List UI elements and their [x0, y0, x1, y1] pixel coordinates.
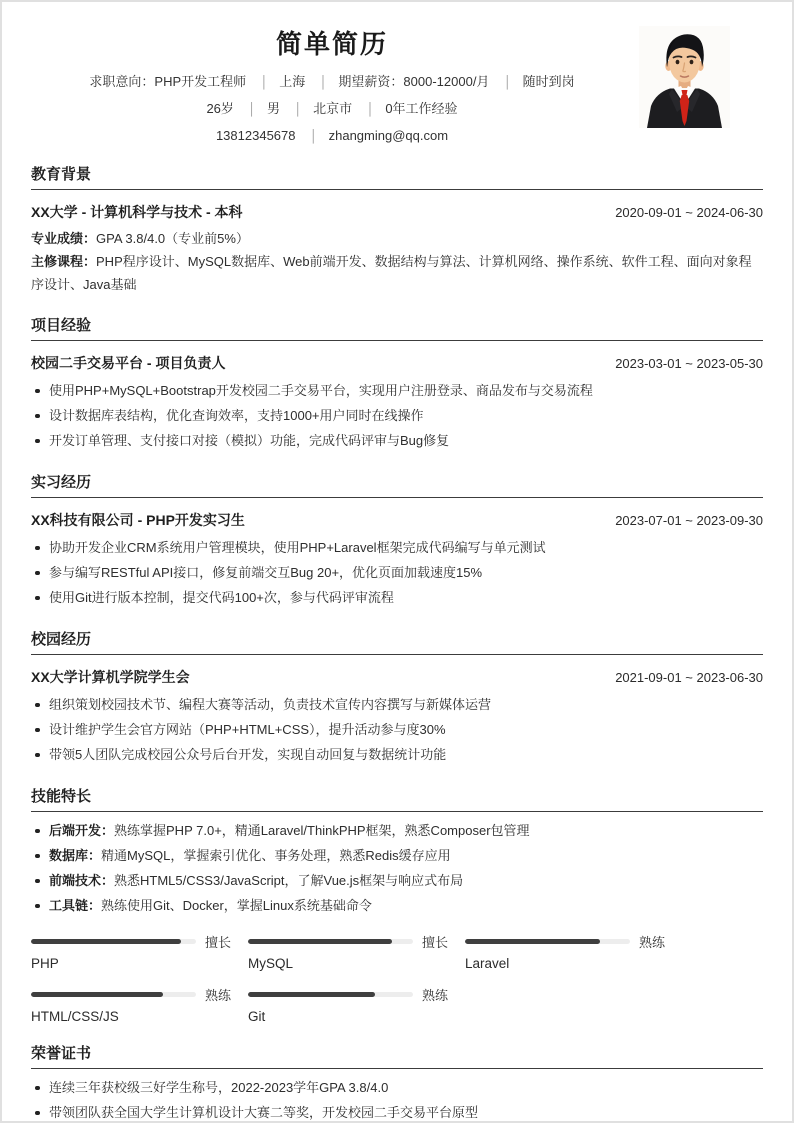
bullet-text: 组织策划校园技术节、编程大赛等活动，负责技术宣传内容撰写与新媒体运营	[49, 697, 491, 712]
skill-bar-track	[465, 939, 630, 944]
skill-name: MySQL	[248, 956, 448, 971]
bullet-dot	[35, 571, 40, 576]
section-internship: 实习经历 XX科技有限公司 - PHP开发实习生 2023-07-01 ~ 20…	[31, 475, 763, 610]
contact-item: │26岁	[206, 101, 233, 116]
entry-title: 校园二手交易平台 - 项目负责人	[31, 355, 225, 371]
bullet-item: 参与编写RESTful API接口，修复前端交互Bug 20+，优化页面加载速度…	[31, 560, 763, 585]
separator: │	[261, 75, 269, 89]
entry-title: XX科技有限公司 - PHP开发实习生	[31, 512, 245, 528]
bullet-text: 带领团队获全国大学生计算机设计大赛二等奖，开发校园二手交易平台原型	[49, 1105, 478, 1120]
skill-bar-row: 熟练	[248, 987, 448, 1001]
bullet-item: 连续三年获校级三好学生称号，2022-2023学年GPA 3.8/4.0	[31, 1075, 763, 1100]
bullet-item: 开发订单管理、支付接口对接（模拟）功能，完成代码评审与Bug修复	[31, 428, 763, 453]
bullet-dot	[35, 546, 40, 551]
section-heading: 技能特长	[31, 789, 763, 812]
education-entry-head: XX大学 - 计算机科学与技术 - 本科 2020-09-01 ~ 2024-0…	[31, 204, 763, 221]
contact-item-text: 上海	[279, 74, 305, 89]
entry-title: XX大学 - 计算机科学与技术 - 本科	[31, 204, 243, 220]
contact-item-text: 求职意向：PHP开发工程师	[89, 74, 246, 89]
contact-item: │男	[238, 101, 281, 116]
bullet-item: 使用Git进行版本控制，提交代码100+次，参与代码评审流程	[31, 585, 763, 610]
contact-item: │上海	[250, 74, 306, 89]
skill-bar-row: 擅长	[248, 934, 448, 948]
section-skills: 技能特长 后端开发：熟练掌握PHP 7.0+，精通Laravel/ThinkPH…	[31, 789, 763, 1024]
bullet-dot	[35, 753, 40, 758]
contact-item-text: 男	[267, 101, 280, 116]
bullet-item: 带领5人团队完成校园公众号后台开发，实现自动回复与数据统计功能	[31, 742, 763, 767]
bullet-text: 连续三年获校级三好学生称号，2022-2023学年GPA 3.8/4.0	[49, 1080, 388, 1095]
bullet-text: 协助开发企业CRM系统用户管理模块，使用PHP+Laravel框架完成代码编写与…	[49, 540, 546, 555]
skill-bullet-item: 前端技术：熟悉HTML5/CSS3/JavaScript，了解Vue.js框架与…	[31, 868, 763, 893]
bullet-text: 开发订单管理、支付接口对接（模拟）功能，完成代码评审与Bug修复	[49, 433, 449, 448]
skill-bar-track	[31, 992, 196, 997]
contact-item: │0年工作经验	[356, 101, 458, 116]
field-text: GPA 3.8/4.0（专业前5%）	[96, 231, 249, 246]
separator: │	[310, 129, 318, 143]
bullet-text: 设计维护学生会官方网站（PHP+HTML+CSS），提升活动参与度30%	[49, 722, 446, 737]
skill-bar-track	[248, 939, 413, 944]
skill-bar: 熟练 Laravel	[465, 934, 665, 971]
internship-entry-head: XX科技有限公司 - PHP开发实习生 2023-07-01 ~ 2023-09…	[31, 512, 763, 529]
section-projects: 项目经验 校园二手交易平台 - 项目负责人 2023-03-01 ~ 2023-…	[31, 318, 763, 453]
bullet-dot	[35, 414, 40, 419]
bullet-dot	[35, 703, 40, 708]
skill-label: 前端技术：	[49, 873, 114, 888]
skill-bar-track	[248, 992, 413, 997]
bullet-dot	[35, 854, 40, 859]
skill-text: 熟练使用Git、Docker，掌握Linux系统基础命令	[101, 898, 372, 913]
skill-bullet-item: 工具链：熟练使用Git、Docker，掌握Linux系统基础命令	[31, 893, 763, 918]
skill-bullet-item: 数据库：精通MySQL，掌握索引优化、事务处理，熟悉Redis缓存应用	[31, 843, 763, 868]
education-field: 主修课程：PHP程序设计、MySQL数据库、Web前端开发、数据结构与算法、计算…	[31, 250, 763, 296]
contact-item: │随时到岗	[493, 74, 575, 89]
internship-bullet-list: 协助开发企业CRM系统用户管理模块，使用PHP+Laravel框架完成代码编写与…	[31, 535, 763, 610]
entry-title: XX大学计算机学院学生会	[31, 669, 190, 685]
page-title: 简单简历	[31, 30, 633, 58]
skill-bar-fill	[465, 939, 600, 944]
field-text: PHP程序设计、MySQL数据库、Web前端开发、数据结构与算法、计算机网络、操…	[31, 254, 752, 292]
contact-item: │13812345678	[216, 128, 296, 143]
skill-label: 数据库：	[49, 848, 101, 863]
bullet-item: 带领团队获全国大学生计算机设计大赛二等奖，开发校园二手交易平台原型	[31, 1100, 763, 1123]
bullet-dot	[35, 829, 40, 834]
skill-bar-fill	[248, 939, 392, 944]
bullet-dot	[35, 439, 40, 444]
skill-text: 熟悉HTML5/CSS3/JavaScript，了解Vue.js框架与响应式布局	[114, 873, 463, 888]
contact-item-text: 0年工作经验	[385, 101, 457, 116]
skill-level-label: 擅长	[205, 932, 231, 951]
project-entry-head: 校园二手交易平台 - 项目负责人 2023-03-01 ~ 2023-05-30	[31, 355, 763, 372]
contact-item: │期望薪资：8000-12000/月	[309, 74, 490, 89]
skill-name: HTML/CSS/JS	[31, 1009, 231, 1024]
campus-bullet-list: 组织策划校园技术节、编程大赛等活动，负责技术宣传内容撰写与新媒体运营 设计维护学…	[31, 692, 763, 767]
bullet-text: 设计数据库表结构，优化查询效率，支持1000+用户同时在线操作	[49, 408, 424, 423]
separator: │	[504, 75, 512, 89]
section-heading: 荣誉证书	[31, 1046, 763, 1069]
skill-name: Git	[248, 1009, 448, 1024]
bullet-item: 使用PHP+MySQL+Bootstrap开发校园二手交易平台，实现用户注册登录…	[31, 378, 763, 403]
skill-level-label: 熟练	[205, 985, 231, 1004]
education-fields: 专业成绩：GPA 3.8/4.0（专业前5%） 主修课程：PHP程序设计、MyS…	[31, 227, 763, 296]
bullet-text: 参与编写RESTful API接口，修复前端交互Bug 20+，优化页面加载速度…	[49, 565, 482, 580]
skill-bar: 擅长 MySQL	[248, 934, 448, 971]
bullet-dot	[35, 904, 40, 909]
education-field: 专业成绩：GPA 3.8/4.0（专业前5%）	[31, 227, 763, 250]
skill-bar-row: 熟练	[31, 987, 231, 1001]
bullet-text: 使用Git进行版本控制，提交代码100+次，参与代码评审流程	[49, 590, 394, 605]
campus-entry-head: XX大学计算机学院学生会 2021-09-01 ~ 2023-06-30	[31, 669, 763, 686]
contact-item: │zhangming@qq.com	[299, 128, 448, 143]
avatar-illustration	[639, 26, 730, 128]
skill-text: 精通MySQL，掌握索引优化、事务处理，熟悉Redis缓存应用	[101, 848, 451, 863]
skill-bar-row: 熟练	[465, 934, 665, 948]
separator: │	[295, 102, 303, 116]
skill-bars-grid: 擅长 PHP 擅长 MySQL 熟练	[31, 934, 763, 1024]
skill-bar: 熟练 HTML/CSS/JS	[31, 987, 231, 1024]
skill-text: 熟练掌握PHP 7.0+，精通Laravel/ThinkPHP框架，熟悉Comp…	[114, 823, 530, 838]
section-campus: 校园经历 XX大学计算机学院学生会 2021-09-01 ~ 2023-06-3…	[31, 632, 763, 767]
section-heading: 教育背景	[31, 167, 763, 190]
skill-level-label: 擅长	[422, 932, 448, 951]
bullet-item: 设计数据库表结构，优化查询效率，支持1000+用户同时在线操作	[31, 403, 763, 428]
skill-bar: 熟练 Git	[248, 987, 448, 1024]
project-bullet-list: 使用PHP+MySQL+Bootstrap开发校园二手交易平台，实现用户注册登录…	[31, 378, 763, 453]
profile-photo	[639, 26, 730, 128]
bullet-item: 协助开发企业CRM系统用户管理模块，使用PHP+Laravel框架完成代码编写与…	[31, 535, 763, 560]
skill-bar-track	[31, 939, 196, 944]
separator: │	[249, 102, 257, 116]
skill-name: Laravel	[465, 956, 665, 971]
skill-label: 工具链：	[49, 898, 101, 913]
bullet-dot	[35, 1086, 40, 1091]
section-heading: 实习经历	[31, 475, 763, 498]
skills-bullet-list: 后端开发：熟练掌握PHP 7.0+，精通Laravel/ThinkPHP框架，熟…	[31, 818, 763, 918]
bullet-dot	[35, 596, 40, 601]
contact-item-text: 13812345678	[216, 128, 296, 143]
contact-line-intent: │求职意向：PHP开发工程师 │上海 │期望薪资：8000-12000/月 │随…	[31, 75, 633, 89]
bullet-dot	[35, 1111, 40, 1116]
section-honors: 荣誉证书 连续三年获校级三好学生称号，2022-2023学年GPA 3.8/4.…	[31, 1046, 763, 1123]
skill-bar-fill	[248, 992, 375, 997]
contact-item-text: 期望薪资：8000-12000/月	[338, 74, 489, 89]
bullet-text: 使用PHP+MySQL+Bootstrap开发校园二手交易平台，实现用户注册登录…	[49, 383, 593, 398]
honors-bullet-list: 连续三年获校级三好学生称号，2022-2023学年GPA 3.8/4.0 带领团…	[31, 1075, 763, 1123]
contact-line-basic: │26岁 │男 │北京市 │0年工作经验	[31, 102, 633, 116]
skill-bar-row: 擅长	[31, 934, 231, 948]
skill-bullet-item: 后端开发：熟练掌握PHP 7.0+，精通Laravel/ThinkPHP框架，熟…	[31, 818, 763, 843]
bullet-dot	[35, 389, 40, 394]
bullet-item: 设计维护学生会官方网站（PHP+HTML+CSS），提升活动参与度30%	[31, 717, 763, 742]
section-heading: 校园经历	[31, 632, 763, 655]
field-label: 专业成绩：	[31, 231, 96, 246]
skill-bar: 擅长 PHP	[31, 934, 231, 971]
separator: │	[367, 102, 375, 116]
skill-name: PHP	[31, 956, 231, 971]
entry-date: 2023-03-01 ~ 2023-05-30	[615, 356, 763, 372]
contact-item-text: 北京市	[313, 101, 352, 116]
entry-date: 2021-09-01 ~ 2023-06-30	[615, 670, 763, 686]
contact-item-text: 26岁	[206, 101, 233, 116]
contact-item-text: 随时到岗	[523, 74, 575, 89]
separator: │	[320, 75, 328, 89]
skill-level-label: 熟练	[422, 985, 448, 1004]
bullet-dot	[35, 728, 40, 733]
entry-date: 2023-07-01 ~ 2023-09-30	[615, 513, 763, 529]
field-label: 主修课程：	[31, 254, 96, 269]
entry-date: 2020-09-01 ~ 2024-06-30	[615, 205, 763, 221]
resume-page: 简单简历 │求职意向：PHP开发工程师 │上海 │期望薪资：8000-12000…	[0, 0, 794, 1123]
skill-bar-fill	[31, 992, 163, 997]
bullet-item: 组织策划校园技术节、编程大赛等活动，负责技术宣传内容撰写与新媒体运营	[31, 692, 763, 717]
resume-header: 简单简历 │求职意向：PHP开发工程师 │上海 │期望薪资：8000-12000…	[31, 2, 763, 145]
bullet-text: 带领5人团队完成校园公众号后台开发，实现自动回复与数据统计功能	[49, 747, 446, 762]
skill-bar-fill	[31, 939, 181, 944]
contact-item-text: zhangming@qq.com	[329, 128, 448, 143]
bullet-dot	[35, 879, 40, 884]
section-education: 教育背景 XX大学 - 计算机科学与技术 - 本科 2020-09-01 ~ 2…	[31, 167, 763, 296]
contact-item: │北京市	[284, 101, 353, 116]
section-heading: 项目经验	[31, 318, 763, 341]
skill-level-label: 熟练	[639, 932, 665, 951]
skill-label: 后端开发：	[49, 823, 114, 838]
contact-line-contacts: │13812345678 │zhangming@qq.com	[31, 129, 633, 143]
contact-item: │求职意向：PHP开发工程师	[89, 74, 246, 89]
